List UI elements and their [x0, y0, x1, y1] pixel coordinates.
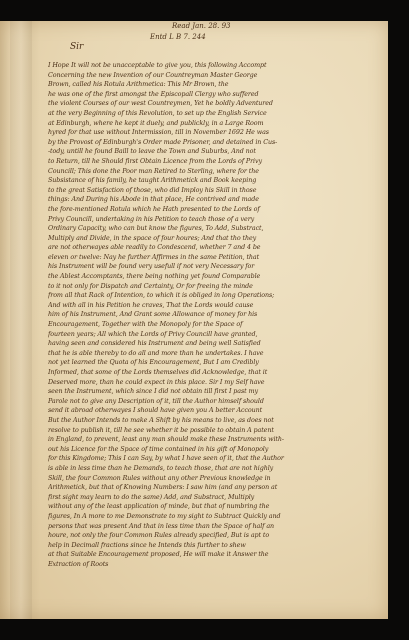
letter-line: to Return, till he Should first Obtain L…	[48, 157, 378, 167]
letter-line: Skill, the four Common Rules without any…	[48, 474, 378, 484]
letter-line: for this Kingdome; This I can Say, by wh…	[48, 454, 378, 464]
letter-body: I Hope It will not be unacceptable to gi…	[48, 61, 382, 569]
letter-line: that he is able thereby to do all and mo…	[48, 349, 378, 359]
letter-line: hyred for that use without Intermission,…	[48, 128, 378, 138]
letter-line: the Ablest Accomptants, there being noth…	[48, 272, 378, 282]
letter-line: Ordinary Capacity, who can but know the …	[48, 224, 378, 234]
letter-line: not yet learned the Quota of his Encoura…	[48, 358, 378, 368]
letter-line: Encouragement, Together with the Monopol…	[48, 320, 378, 330]
letter-line: houre, not only the four Common Rules al…	[48, 531, 378, 541]
letter-line: Arithmetick, but that of Knowing Numbers…	[48, 483, 378, 493]
letter-line: without any of the least application of …	[48, 502, 378, 512]
letter-line: the fore-mentioned Rotula which he Hath …	[48, 205, 378, 215]
letter-line: Concerning the new Invention of our Coun…	[48, 71, 378, 81]
letter-line: at that Suitable Encouragement proposed,…	[48, 550, 378, 560]
page-fold	[10, 21, 32, 619]
letter-line: are not otherwayes able readily to Conde…	[48, 243, 378, 253]
letter-line: to it not only for Dispatch and Certaint…	[48, 282, 378, 292]
letter-line: figures, In A more to me Demonstrate to …	[48, 512, 378, 522]
letter-line: at the very Beginning of this Revolution…	[48, 109, 378, 119]
letter-line: by the Provost of Edinburgh's Order made…	[48, 138, 378, 148]
letter-line: Councill; This done the Poor man Retired…	[48, 167, 378, 177]
letter-line: he was one of the first amongst the Epis…	[48, 90, 378, 100]
letter-line: fourteen years; All which the Lords of P…	[48, 330, 378, 340]
letter-line: to the great Satisfaction of those, who …	[48, 186, 378, 196]
letter-line: Brown, called his Rotula Arithmetica: Th…	[48, 80, 378, 90]
letter-line: in England, to prevent, least any man sh…	[48, 435, 378, 445]
letter-line: But the Author Intends to make A Shift b…	[48, 416, 378, 426]
letter-line: things: And During his Abode in that pla…	[48, 195, 378, 205]
letter-line: And with all in his Petition he craves, …	[48, 301, 378, 311]
letter-line: first sight may learn to do the same) Ad…	[48, 493, 378, 503]
letter-line: persons that was present And that in les…	[48, 522, 378, 532]
letter-line: Parole not to give any Description of it…	[48, 397, 378, 407]
letter-line: Extraction of Roots	[48, 560, 378, 570]
letter-line: having seen and considered his Instrumen…	[48, 339, 378, 349]
letter-line: I Hope It will not be unacceptable to gi…	[48, 61, 378, 71]
letter-line: is able in less time than he Demands, to…	[48, 464, 378, 474]
salutation: Sir	[70, 42, 83, 52]
letter-line: at Edinburgh, where he kept it duely, an…	[48, 119, 378, 129]
letter-line: the violent Courses of our west Countrey…	[48, 99, 378, 109]
letter-line: his Instrument will be found very useful…	[48, 262, 378, 272]
letter-line: help in Decimall fractions since he Inte…	[48, 541, 378, 551]
letter-line: resolve to publish it, till he see wheth…	[48, 426, 378, 436]
docket-line-read: Read Jan. 28. 93	[150, 21, 290, 32]
manuscript-page: Read Jan. 28. 93 Entd L B 7. 244 Sir I H…	[0, 21, 388, 619]
letter-line: seen the Instrument, which since I did n…	[48, 387, 378, 397]
letter-line: -tody, untill he found Baill to leave th…	[48, 147, 378, 157]
letter-line: Subsistance of his family, he taught Ari…	[48, 176, 378, 186]
letter-line: eleven or twelve: Nay he further Affirme…	[48, 253, 378, 263]
letter-line: out his Licence for the Space of time co…	[48, 445, 378, 455]
letter-line: from all that Rack of Intention, to whic…	[48, 291, 378, 301]
letter-line: Deserved more, than he could expect in t…	[48, 378, 378, 388]
docket-line-entered: Entd L B 7. 244	[150, 32, 290, 43]
letter-line: him of his Instrument, And Grant some Al…	[48, 310, 378, 320]
letter-line: Informed, that some of the Lords themsel…	[48, 368, 378, 378]
docket-note: Read Jan. 28. 93 Entd L B 7. 244	[150, 21, 290, 43]
letter-line: send it abroad otherwayes I should have …	[48, 406, 378, 416]
letter-line: Privy Councill, undertaking in his Petit…	[48, 215, 378, 225]
letter-line: Multiply and Divide, in the space of fou…	[48, 234, 378, 244]
